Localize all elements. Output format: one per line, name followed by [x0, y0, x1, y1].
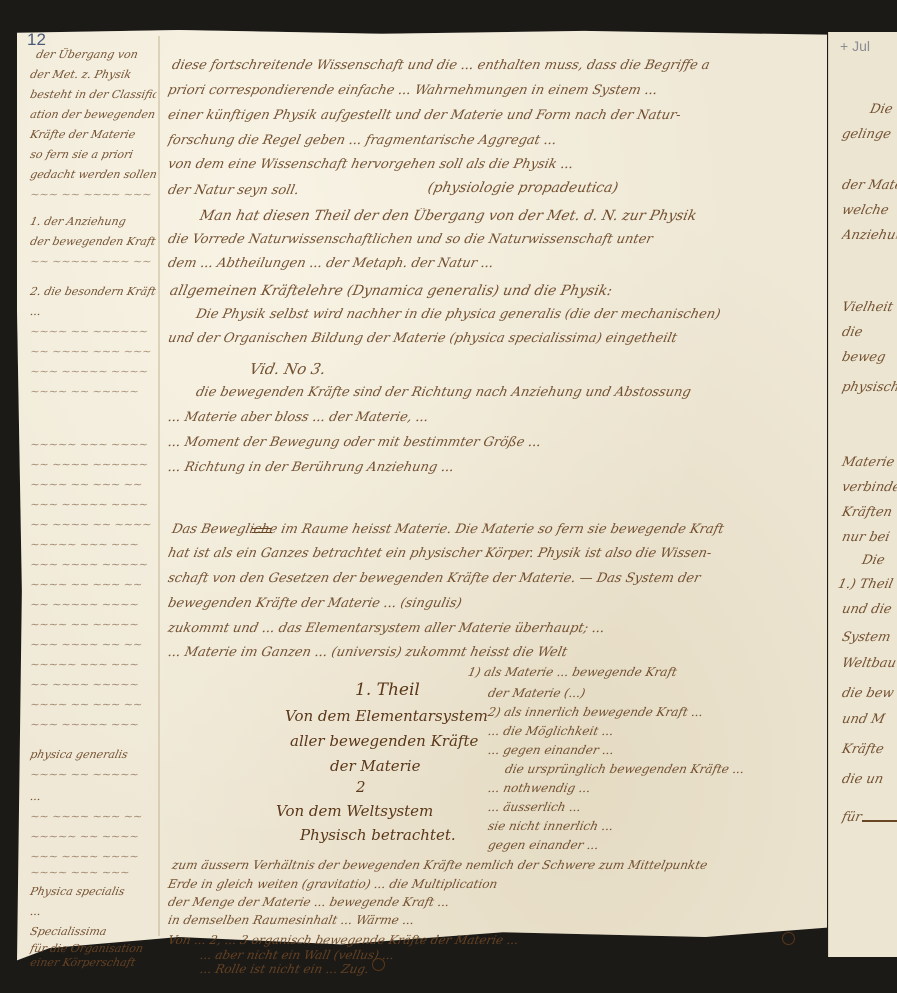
margin-line: physica generalis: [28, 748, 157, 764]
margin-scribble: ~~ ~~~~ ~~~~~: [28, 678, 157, 694]
margin-line: einer Körperschaft: [28, 956, 157, 972]
text-line: ... Richtung in der Berührung Anziehung …: [166, 460, 809, 476]
folio-number: 12: [27, 30, 46, 50]
annotation-line: ... äusserlich ...: [486, 800, 799, 816]
facing-fragment: Materie: [840, 455, 897, 471]
margin-scribble: ~~~~ ~~ ~~~~~: [28, 385, 157, 401]
pencil-annotation: + Jul: [840, 38, 870, 54]
margin-scribble: ~~ ~~~~ ~~~ ~~: [28, 810, 157, 826]
text-line: Die Physik selbst wird nachher in die ph…: [194, 307, 809, 323]
facing-fragment: Vielheit: [840, 300, 897, 316]
equals-mark: [252, 528, 272, 529]
margin-line: der Met. z. Physik: [28, 68, 157, 84]
margin-scribble: ~~~ ~~~~~ ~~~~: [28, 365, 157, 381]
part-two-number: 2: [356, 778, 366, 796]
latin-term-physiologie: (physiologie propadeutica): [426, 180, 649, 196]
facing-fragment: 1.) Theil: [836, 577, 897, 593]
margin-line: der Übergang von: [34, 48, 157, 64]
annotation-line: der Materie (...): [486, 686, 799, 702]
margin-line: Specialissima: [28, 925, 157, 941]
manuscript-scan: 12 + Jul der Übergang von der Met. z. Ph…: [0, 0, 897, 993]
facing-fragment: der Materie: [840, 178, 897, 194]
facing-fragment: Anziehung: [840, 228, 897, 244]
margin-line: ation der bewegenden: [28, 108, 157, 124]
text-line: zum äussern Verhältnis der bewegenden Kr…: [170, 858, 805, 874]
text-line: der Menge der Materie ... bewegende Kraf…: [166, 895, 805, 911]
text-line: allgemeinen Kräftelehre (Dynamica genera…: [168, 283, 771, 299]
text-line: ... Rolle ist nicht ein ... Zug.: [198, 962, 801, 978]
margin-line: ...: [28, 905, 157, 921]
text-line: diese fortschreitende Wissenschaft und d…: [170, 58, 803, 74]
margin-line: ...: [28, 790, 157, 806]
part-one-heading: 1. Theil: [355, 680, 420, 700]
margin-scribble: ~~~~~ ~~~ ~~~: [28, 538, 157, 554]
margin-line: so fern sie a priori: [28, 148, 157, 164]
margin-scribble: ~~~ ~~ ~~~~ ~~~: [28, 188, 157, 204]
margin-scribble: ~~ ~~~~ ~~~~~~: [28, 458, 157, 474]
margin-scribble: ~~~~ ~~ ~~~ ~~: [28, 698, 157, 714]
text-line: von dem eine Wissenschaft hervorgehen so…: [166, 157, 809, 173]
text-line: ... Moment der Bewegung oder mit bestimm…: [166, 435, 809, 451]
facing-fragment: und die: [840, 602, 897, 618]
annotation-line: die ursprünglich bewegenden Kräfte ...: [503, 762, 801, 778]
facing-fragment: Weltbau: [840, 656, 897, 672]
margin-line: Kräfte der Materie: [28, 128, 157, 144]
text-line: schaft von den Gesetzen der bewegenden K…: [166, 571, 809, 587]
annotation-line: ... gegen einander ...: [486, 743, 799, 759]
part-two-title-line: Von dem Weltsystem: [276, 802, 433, 820]
text-line: Das Bewegliche im Raume heisst Materie. …: [170, 522, 809, 538]
margin-line: Physica specialis: [28, 885, 157, 901]
part-one-title-line: Von dem Elementarsystem: [285, 707, 488, 725]
facing-fragment: die bew: [840, 686, 897, 702]
margin-line: gedacht werden sollen: [28, 168, 157, 184]
margin-scribble: ~~~ ~~~~ ~~ ~~: [28, 638, 157, 654]
text-line: bewegenden Kräfte der Materie ... (singu…: [166, 596, 809, 612]
text-line: dem ... Abtheilungen ... der Metaph. der…: [166, 256, 799, 272]
text-line: die Vorrede Naturwissenschaftlichen und …: [166, 232, 799, 248]
margin-scribble: ~~ ~~~~ ~~ ~~~~: [28, 518, 157, 534]
circle-symbol-icon: [372, 958, 385, 971]
facing-fragment: verbinden: [840, 480, 897, 496]
facing-fragment: welche: [840, 203, 897, 219]
facing-fragment: Die: [868, 102, 897, 118]
text-line: der Natur seyn soll.: [166, 183, 369, 199]
annotation-line: ... nothwendig ...: [486, 781, 799, 797]
margin-line: der bewegenden Kraft: [28, 235, 157, 251]
margin-scribble: ~~~~ ~~ ~~~ ~~: [28, 578, 157, 594]
strike-line: [862, 820, 897, 822]
facing-fragment: für: [840, 810, 897, 826]
facing-fragment: nur bei: [840, 530, 897, 546]
annotation-line: 1) als Materie ... bewegende Kraft: [466, 665, 799, 681]
annotation-line: sie nicht innerlich ...: [486, 819, 799, 835]
facing-fragment: Die: [860, 553, 897, 569]
text-line: hat ist als ein Ganzes betrachtet ein ph…: [166, 546, 809, 562]
annotation-line: gegen einander ...: [486, 838, 799, 854]
text-line: Man hat diesen Theil der den Übergang vo…: [198, 208, 801, 224]
reference-vid-no3: Vid. No 3.: [248, 360, 371, 376]
margin-scribble: ~~~ ~~~~ ~~~~: [28, 850, 157, 866]
facing-fragment: physisch: [840, 380, 897, 396]
margin-scribble: ~~~ ~~~~~ ~~~~: [28, 498, 157, 514]
text-line: forschung die Regel geben ... fragmentar…: [166, 133, 809, 149]
margin-scribble: ~~ ~~~~~ ~~~~: [28, 598, 157, 614]
part-two-title-line: Physisch betrachtet.: [300, 826, 456, 844]
annotation-line: ... die Möglichkeit ...: [486, 724, 799, 740]
part-one-title-line: der Materie: [330, 757, 420, 775]
margin-scribble: ~~~ ~~~~~ ~~~: [28, 718, 157, 734]
circle-symbol-icon: [782, 932, 795, 945]
margin-line: ...: [28, 305, 157, 321]
margin-scribble: ~~~~ ~~ ~~~~~~: [28, 325, 157, 341]
text-line: in demselben Raumesinhalt ... Wärme ...: [166, 913, 805, 929]
margin-scribble: ~~ ~~~~~ ~~~ ~~: [28, 255, 157, 271]
margin-scribble: ~~~~ ~~ ~~~~~: [28, 768, 157, 784]
margin-scribble: ~~~~ ~~ ~~~ ~~: [28, 478, 157, 494]
margin-scribble: ~~~~ ~~ ~~~~~: [28, 618, 157, 634]
facing-fragment: die un: [840, 772, 897, 788]
text-line: ... Materie im Ganzen ... (universis) zu…: [166, 645, 809, 661]
margin-scribble: ~~~~~ ~~~ ~~~~: [28, 438, 157, 454]
facing-fragment: die: [840, 325, 897, 341]
facing-fragment: System: [840, 630, 897, 646]
margin-line: besteht in der Classific-: [28, 88, 157, 104]
facing-fragment: Kräften: [840, 505, 897, 521]
facing-fragment: und M: [840, 712, 897, 728]
text-line: die bewegenden Kräfte sind der Richtung …: [194, 385, 807, 401]
margin-line: 2. die besondern Kräfte: [28, 285, 157, 301]
margin-scribble: ~~~~~ ~~~ ~~~: [28, 658, 157, 674]
margin-line: 1. der Anziehung: [28, 215, 157, 231]
text-line: Von ... 2, ... 3 organisch bewegende Krä…: [166, 933, 805, 949]
equals-mark: [252, 532, 272, 533]
margin-fold-line: [158, 36, 160, 936]
margin-scribble: ~~~ ~~~~ ~~~~~: [28, 558, 157, 574]
margin-scribble: ~~ ~~~~ ~~~ ~~~: [28, 345, 157, 361]
annotation-line: 2) als innerlich bewegende Kraft ...: [486, 705, 799, 721]
text-line: einer künftigen Physik aufgestellt und d…: [166, 108, 809, 124]
text-line: und der Organischen Bildung der Materie …: [166, 331, 809, 347]
text-line: zukommt und ... das Elementarsystem alle…: [166, 621, 809, 637]
text-line: priori correspondierende einfache ... Wa…: [166, 83, 809, 99]
text-line: ... Materie aber bloss ... der Materie, …: [166, 410, 809, 426]
margin-scribble: ~~~~~ ~~ ~~~~: [28, 830, 157, 846]
facing-fragment: gelinge: [840, 127, 897, 143]
facing-fragment: Kräfte: [840, 742, 897, 758]
margin-scribble: ~~~~ ~~~ ~~~: [28, 866, 157, 882]
part-one-title-line: aller bewegenden Kräfte: [290, 732, 478, 750]
facing-fragment: beweg: [840, 350, 897, 366]
text-line: Erde in gleich weiten (gravitatio) ... d…: [166, 877, 805, 893]
